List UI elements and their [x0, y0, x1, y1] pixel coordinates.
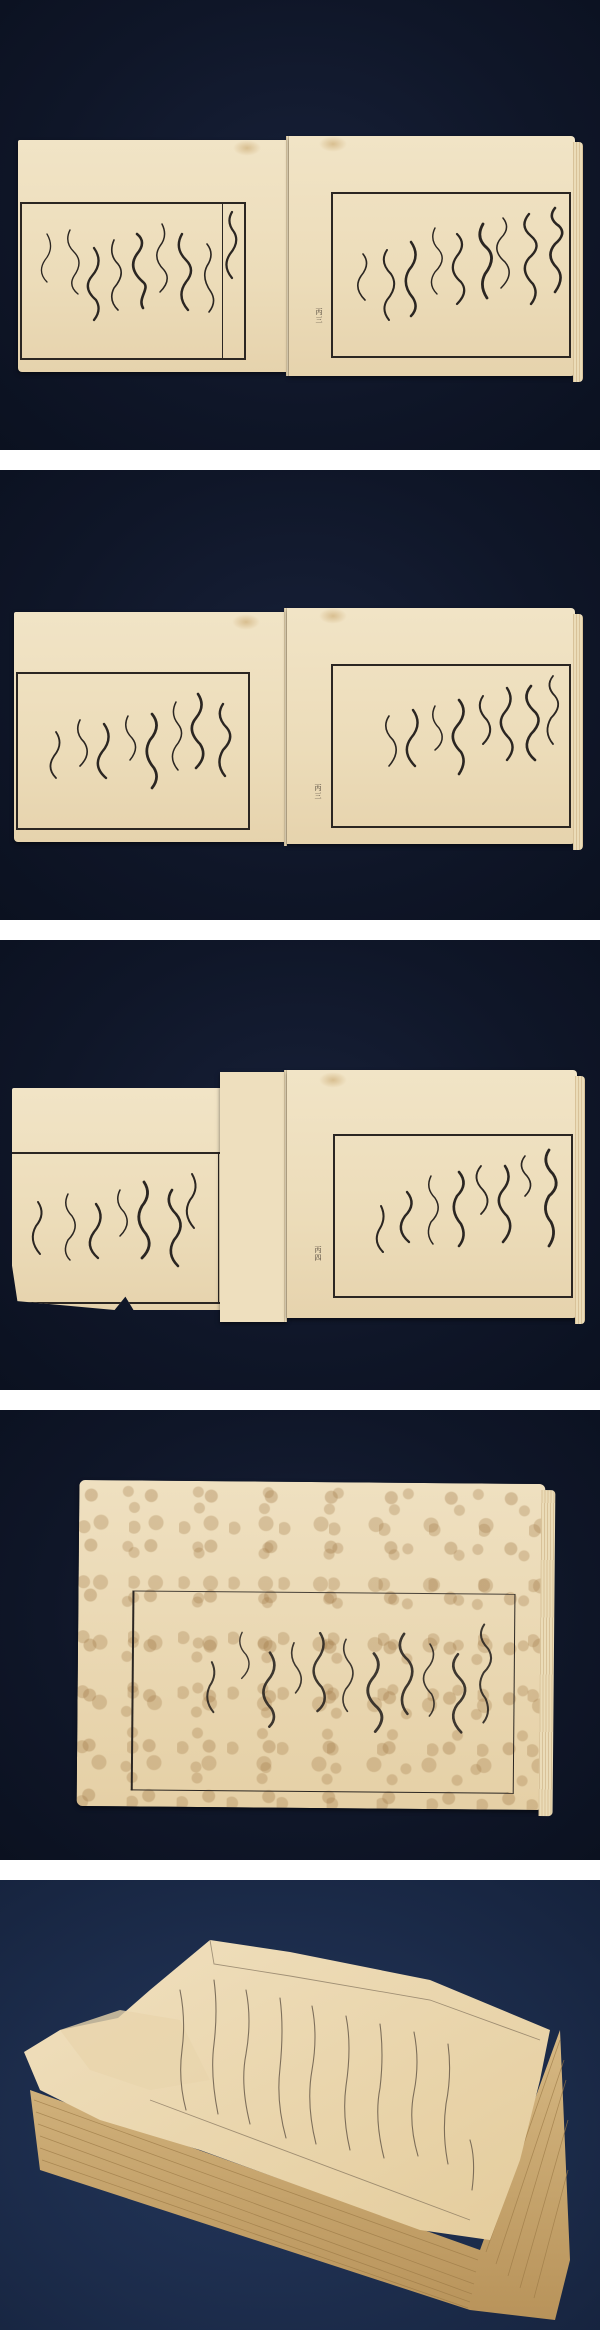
book-spread: 丙三 — [18, 122, 588, 384]
text-frame — [333, 1134, 573, 1298]
right-page: 丙三 — [287, 608, 575, 844]
page-number-mark: 丙四 — [313, 1246, 323, 1262]
calligraphy-text — [18, 674, 248, 828]
text-frame — [331, 192, 571, 358]
calligraphy-text — [335, 1136, 571, 1296]
page-number-mark: 丙三 — [314, 308, 324, 324]
center-fold — [220, 1072, 286, 1322]
page-number-mark: 丙三 — [313, 784, 323, 800]
calligraphy-text — [333, 194, 569, 356]
right-page: 丙三 — [289, 136, 575, 376]
photo-1-open-spread: open spread, two pages with bordered tex… — [0, 0, 600, 450]
text-frame — [331, 664, 571, 828]
photo-4-closed-book: closed book, mottled stained top page wi… — [0, 1410, 600, 1860]
calligraphy-text — [333, 666, 569, 826]
book-spread: 丙四 — [8, 1058, 592, 1328]
calligraphy-text — [22, 204, 244, 358]
worn-page-block — [0, 1880, 600, 2330]
text-frame — [16, 672, 250, 830]
left-page — [18, 140, 286, 372]
closed-book-cover — [77, 1480, 546, 1810]
calligraphy-text — [133, 1591, 515, 1792]
photo-2-open-spread: open spread, two pages with bordered tex… — [0, 470, 600, 920]
photo-5-angled-page-block: angled view of thick, worn page block — [0, 1880, 600, 2330]
calligraphy-text — [12, 1154, 244, 1302]
right-page: 丙四 — [287, 1070, 577, 1318]
photo-3-open-spread-torn: open spread, left page torn at lower edg… — [0, 940, 600, 1390]
left-page — [14, 612, 284, 842]
text-frame — [20, 202, 246, 360]
text-frame — [10, 1152, 246, 1304]
book-spread: 丙三 — [14, 594, 588, 856]
text-frame — [131, 1590, 516, 1793]
